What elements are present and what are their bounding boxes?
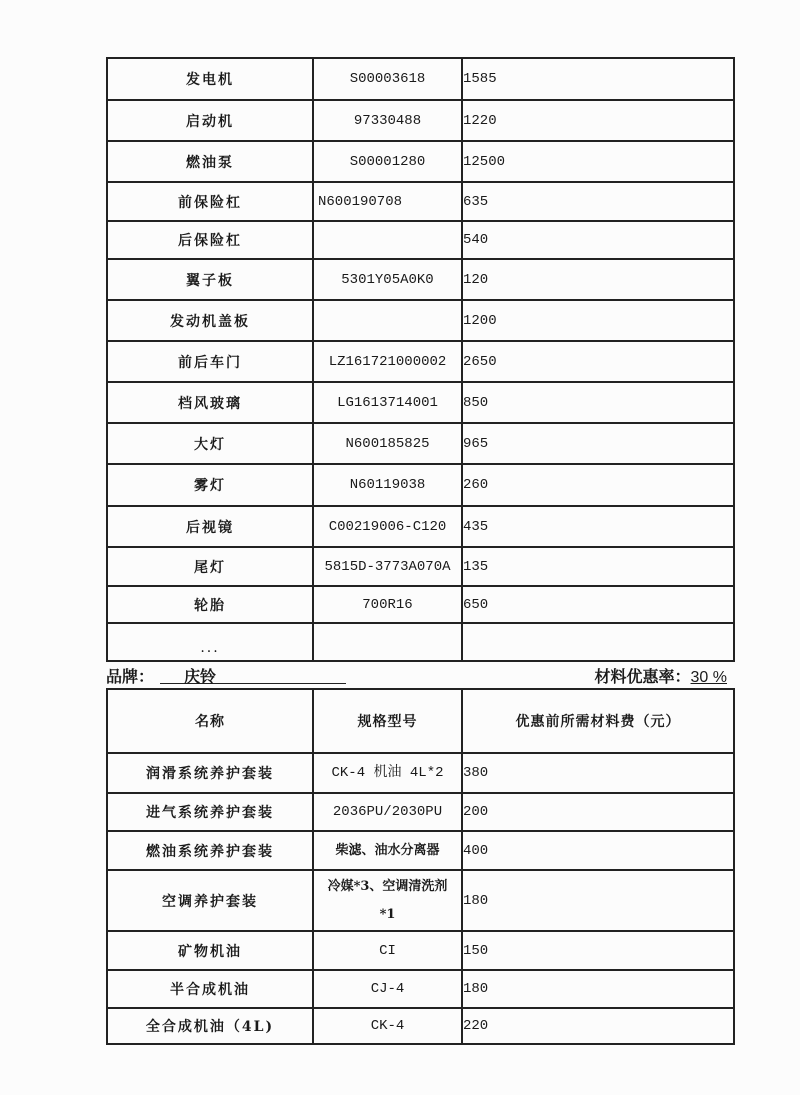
discount-rate: 材料优惠率：30 % [595,664,727,687]
part-name: 前后车门 [107,341,313,382]
table-row: 大灯 N600185825 965 [107,423,734,464]
table-row: 燃油系统养护套装 柴滤、油水分离器 400 [107,831,734,870]
table-row: 进气系统养护套装 2036PU/2030PU 200 [107,793,734,831]
package-spec: CJ-4 [313,970,462,1008]
table-row: 后视镜 C00219006-C120 435 [107,506,734,547]
brand-value: 庆铃 [160,664,346,684]
table-row: 尾灯 5815D-3773A070A 135 [107,547,734,586]
package-spec: 柴滤、油水分离器 [313,831,462,870]
package-price: 200 [462,793,734,831]
part-price: 965 [462,423,734,464]
part-code: 5301Y05A0K0 [313,259,462,300]
package-price: 180 [462,970,734,1008]
part-name: 发电机 [107,58,313,100]
part-price: 435 [462,506,734,547]
part-name: 大灯 [107,423,313,464]
part-name: 轮胎 [107,586,313,623]
part-code: LZ161721000002 [313,341,462,382]
discount-label: 材料优惠率： [595,667,691,686]
part-code: N600185825 [313,423,462,464]
part-name: 后保险杠 [107,221,313,259]
part-code [313,300,462,341]
package-spec: CK-4 [313,1008,462,1044]
table-row: 启动机 97330488 1220 [107,100,734,141]
package-name: 全合成机油（4L) [107,1008,313,1044]
column-header-spec: 规格型号 [313,689,462,753]
table-row: 轮胎 700R16 650 [107,586,734,623]
package-name: 空调养护套装 [107,870,313,931]
package-price: 380 [462,753,734,793]
part-name: 启动机 [107,100,313,141]
table-row: 前后车门 LZ161721000002 2650 [107,341,734,382]
table-row: 燃油泵 S00001280 12500 [107,141,734,182]
part-price: 260 [462,464,734,506]
part-code: C00219006-C120 [313,506,462,547]
table-row: 全合成机油（4L) CK-4 220 [107,1008,734,1044]
table-row: 半合成机油 CJ-4 180 [107,970,734,1008]
part-price: 2650 [462,341,734,382]
part-code: 5815D-3773A070A [313,547,462,586]
table-row-ellipsis: ... [107,623,734,661]
part-name: 后视镜 [107,506,313,547]
package-price: 400 [462,831,734,870]
part-code: 97330488 [313,100,462,141]
package-spec: 冷媒*3、空调清洗剂*1 [313,870,462,931]
part-price: 1585 [462,58,734,100]
package-name: 润滑系统养护套装 [107,753,313,793]
table-row: 前保险杠 N600190708 635 [107,182,734,221]
discount-value: 30 % [691,669,727,686]
parts-price-table: 发电机 S00003618 1585 启动机 97330488 1220 燃油泵… [106,57,735,662]
package-name: 矿物机油 [107,931,313,970]
table-row: 润滑系统养护套装 CK-4 机油 4L*2 380 [107,753,734,793]
column-header-name: 名称 [107,689,313,753]
part-price: 12500 [462,141,734,182]
column-header-price: 优惠前所需材料费（元） [462,689,734,753]
part-price: 850 [462,382,734,423]
table-row: 发动机盖板 1200 [107,300,734,341]
part-code: S00001280 [313,141,462,182]
table-header-row: 名称 规格型号 优惠前所需材料费（元） [107,689,734,753]
part-price: 635 [462,182,734,221]
table-row: 空调养护套装 冷媒*3、空调清洗剂*1 180 [107,870,734,931]
part-code: N60119038 [313,464,462,506]
table-row: 发电机 S00003618 1585 [107,58,734,100]
part-name: 尾灯 [107,547,313,586]
part-code: 700R16 [313,586,462,623]
part-code [313,623,462,661]
table-row: 雾灯 N60119038 260 [107,464,734,506]
package-name: 进气系统养护套装 [107,793,313,831]
part-price: 540 [462,221,734,259]
part-code: S00003618 [313,58,462,100]
part-name: 翼子板 [107,259,313,300]
part-name: 前保险杠 [107,182,313,221]
table-row: 档风玻璃 LG1613714001 850 [107,382,734,423]
package-spec: CI [313,931,462,970]
part-code [313,221,462,259]
package-spec: CK-4 机油 4L*2 [313,753,462,793]
table-row: 矿物机油 CI 150 [107,931,734,970]
part-price: 1200 [462,300,734,341]
part-name: 燃油泵 [107,141,313,182]
package-spec: 2036PU/2030PU [313,793,462,831]
part-price: 120 [462,259,734,300]
part-price: 650 [462,586,734,623]
package-price: 180 [462,870,734,931]
package-name: 半合成机油 [107,970,313,1008]
document-page: 发电机 S00003618 1585 启动机 97330488 1220 燃油泵… [0,0,800,1095]
table-row: 后保险杠 540 [107,221,734,259]
brand-label: 品牌： [106,664,154,687]
package-price: 150 [462,931,734,970]
table-row: 翼子板 5301Y05A0K0 120 [107,259,734,300]
part-name: 发动机盖板 [107,300,313,341]
part-code: LG1613714001 [313,382,462,423]
part-price [462,623,734,661]
part-name: 档风玻璃 [107,382,313,423]
brand-discount-line: 品牌： 庆铃 材料优惠率：30 % [106,664,733,688]
part-name: ... [107,623,313,661]
package-name: 燃油系统养护套装 [107,831,313,870]
package-price: 220 [462,1008,734,1044]
part-name: 雾灯 [107,464,313,506]
part-price: 1220 [462,100,734,141]
maintenance-package-table: 名称 规格型号 优惠前所需材料费（元） 润滑系统养护套装 CK-4 机油 4L*… [106,688,735,1045]
part-code: N600190708 [313,182,462,221]
part-price: 135 [462,547,734,586]
